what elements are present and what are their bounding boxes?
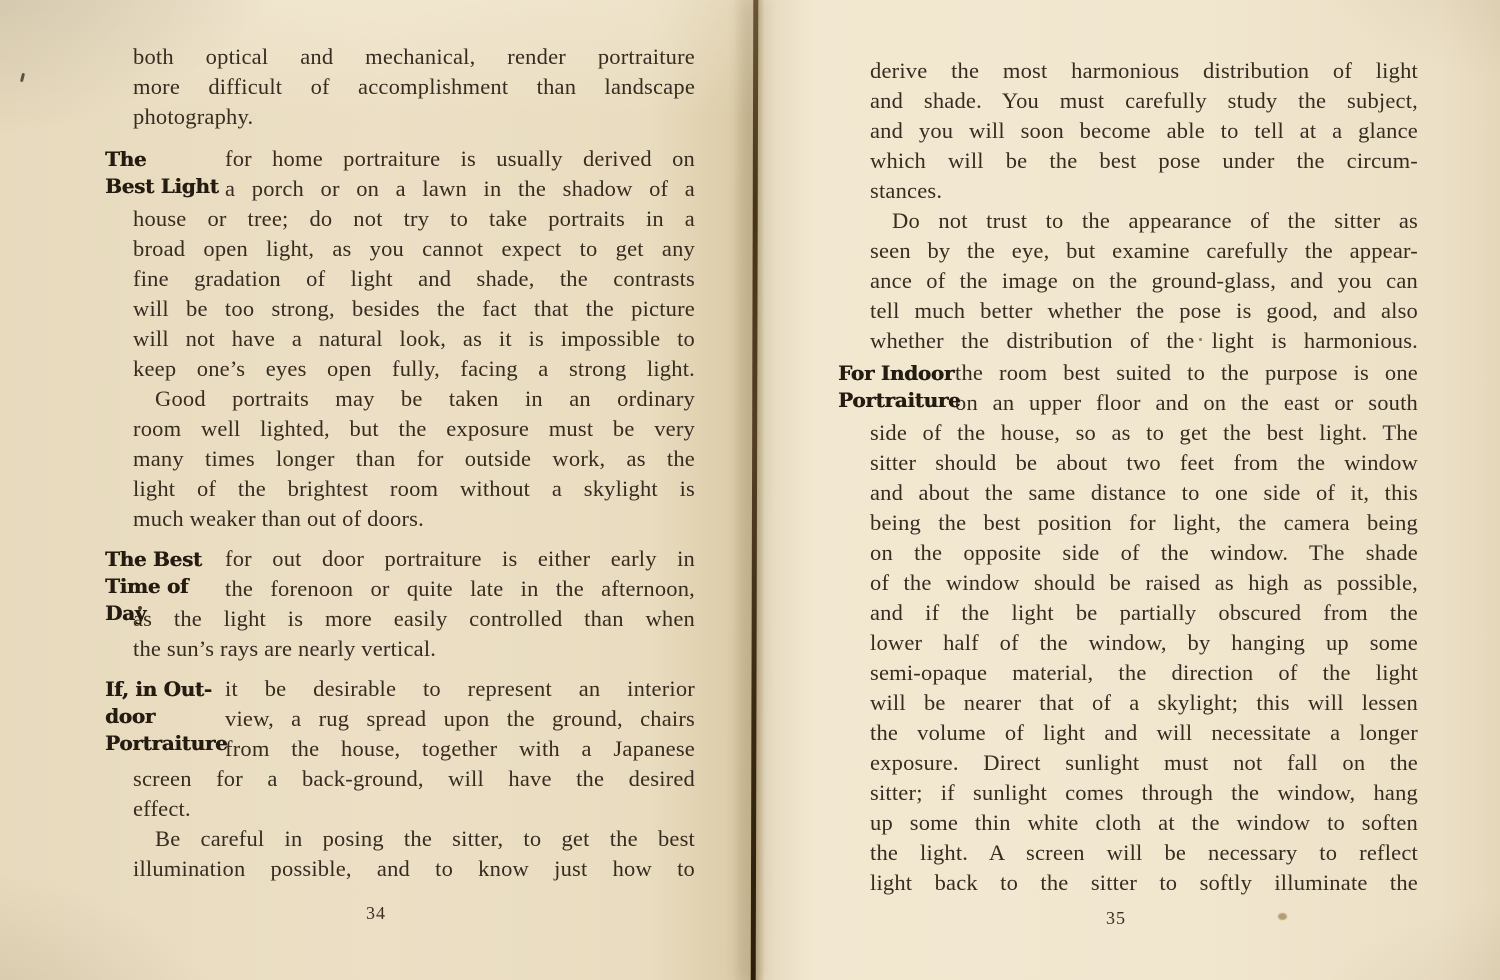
text-line: it be desirable to represent an interior <box>225 674 695 704</box>
text-line: and if the light be partially obscured f… <box>870 598 1418 628</box>
book-spread: both optical and mechanical, render port… <box>0 0 1500 980</box>
text-line: exposure. Direct sunlight must not fall … <box>870 748 1418 778</box>
text-line: more difficult of accomplishment than la… <box>133 72 695 102</box>
sidehead-section: For IndoorPortraiturethe room best suite… <box>870 358 1418 898</box>
text-line: the sun’s rays are nearly vertical. <box>133 634 695 664</box>
text-line: for home portraiture is usually derived … <box>225 144 695 174</box>
text-line: on an upper floor and on the east or sou… <box>955 388 1418 418</box>
text-line: both optical and mechanical, render port… <box>133 42 695 72</box>
text-line: light back to the sitter to softly illum… <box>870 868 1418 898</box>
text-line: side of the house, so as to get the best… <box>870 418 1418 448</box>
text-line: from the house, together with a Japanese <box>225 734 695 764</box>
scan-speck <box>1199 338 1202 341</box>
sidehead-label: If, in Out-doorPortraiture <box>105 676 230 757</box>
text-line: will be too strong, besides the fact tha… <box>133 294 695 324</box>
text-line: view, a rug spread upon the ground, chai… <box>225 704 695 734</box>
text-line: semi-opaque material, the direction of t… <box>870 658 1418 688</box>
continuation-paragraph: both optical and mechanical, render port… <box>133 42 695 132</box>
text-line: the light. A screen will be necessary to… <box>870 838 1418 868</box>
text-line: being the best position for light, the c… <box>870 508 1418 538</box>
text-line: keep one’s eyes open fully, facing a str… <box>133 354 695 384</box>
text-line: for out door portraiture is either early… <box>225 544 695 574</box>
text-line: house or tree; do not try to take portra… <box>133 204 695 234</box>
text-line: seen by the eye, but examine carefully t… <box>870 236 1418 266</box>
paragraph: Do not trust to the appearance of the si… <box>870 206 1418 356</box>
text-line: the room best suited to the purpose is o… <box>955 358 1418 388</box>
text-line: fine gradation of light and shade, the c… <box>133 264 695 294</box>
text-line: effect. <box>133 794 695 824</box>
paragraph: Good portraits may be taken in an ordina… <box>133 384 695 534</box>
text-line: will not have a natural look, as it is i… <box>133 324 695 354</box>
text-line: which will be the best pose under the ci… <box>870 146 1418 176</box>
text-line: lower half of the window, by hanging up … <box>870 628 1418 658</box>
text-line: and you will soon become able to tell at… <box>870 116 1418 146</box>
text-line: illumination possible, and to know just … <box>133 854 695 884</box>
text-line: up some thin white cloth at the window t… <box>870 808 1418 838</box>
text-line: derive the most harmonious distribution … <box>870 56 1418 86</box>
text-line: screen for a back-ground, will have the … <box>133 764 695 794</box>
text-line: broad open light, as you cannot expect t… <box>133 234 695 264</box>
sidehead-section: If, in Out-doorPortraitureit be desirabl… <box>133 674 695 824</box>
text-line: sitter should be about two feet from the… <box>870 448 1418 478</box>
right-page-text-column: derive the most harmonious distribution … <box>870 56 1418 898</box>
sidehead-label: TheBest Light <box>105 146 230 200</box>
scan-speck <box>138 606 142 610</box>
scan-speck <box>1278 913 1287 920</box>
text-line: ance of the image on the ground-glass, a… <box>870 266 1418 296</box>
text-line: whether the distribution of the light is… <box>870 326 1418 356</box>
text-line: light of the brightest room without a sk… <box>133 474 695 504</box>
text-line: sitter; if sunlight comes through the wi… <box>870 778 1418 808</box>
text-line: of the window should be raised as high a… <box>870 568 1418 598</box>
text-line: many times longer than for outside work,… <box>133 444 695 474</box>
page-number-right: 35 <box>1106 908 1126 929</box>
text-line: Good portraits may be taken in an ordina… <box>133 384 695 414</box>
text-line: the forenoon or quite late in the aftern… <box>225 574 695 604</box>
continuation-paragraph: derive the most harmonious distribution … <box>870 56 1418 206</box>
text-line: room well lighted, but the exposure must… <box>133 414 695 444</box>
sidehead-section: TheBest Lightfor home portraiture is usu… <box>133 144 695 384</box>
text-line: the volume of light and will necessitate… <box>870 718 1418 748</box>
sidehead-label: For IndoorPortraiture <box>838 360 963 414</box>
text-line: photography. <box>133 102 695 132</box>
page-number-left: 34 <box>366 903 386 924</box>
text-line: will be nearer that of a skylight; this … <box>870 688 1418 718</box>
text-line: tell much better whether the pose is goo… <box>870 296 1418 326</box>
sidehead-label: The BestTime of Day <box>105 546 230 627</box>
left-page-text-column: both optical and mechanical, render port… <box>133 42 695 884</box>
sidehead-section: The BestTime of Dayfor out door portrait… <box>133 544 695 664</box>
text-line: Be careful in posing the sitter, to get … <box>133 824 695 854</box>
text-line: and about the same distance to one side … <box>870 478 1418 508</box>
text-line: a porch or on a lawn in the shadow of a <box>225 174 695 204</box>
text-line: much weaker than out of doors. <box>133 504 695 534</box>
text-line: on the opposite side of the window. The … <box>870 538 1418 568</box>
paragraph: Be careful in posing the sitter, to get … <box>133 824 695 884</box>
text-line: Do not trust to the appearance of the si… <box>870 206 1418 236</box>
text-line: and shade. You must carefully study the … <box>870 86 1418 116</box>
text-line: stances. <box>870 176 1418 206</box>
